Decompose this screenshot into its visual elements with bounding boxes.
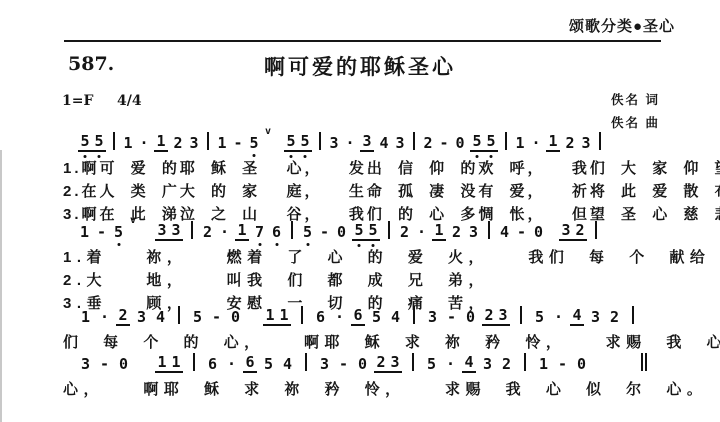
note: 0: [357, 356, 368, 373]
barline: [301, 306, 303, 324]
beam-group: 11: [263, 307, 291, 326]
spacer: [133, 372, 153, 373]
scan-edge-artifact: [0, 150, 2, 422]
beam-group: 23: [482, 307, 510, 326]
duration-dash: -: [446, 309, 457, 326]
beam-group: 55: [78, 133, 106, 152]
barline: [599, 132, 601, 150]
beam-group: 55: [284, 133, 312, 152]
note: 0: [455, 135, 466, 152]
lyrics-line-3-verse-1: 们 每 个 的 心， 啊耶 稣 求 祢 矜 怜， 求赐 我 心 似 尔: [63, 331, 720, 352]
barline: [413, 132, 415, 150]
duration-dash: -: [516, 224, 527, 241]
dot-duration: ·: [416, 224, 427, 241]
note: 1: [156, 133, 167, 150]
note: 5: [286, 133, 297, 150]
spacer: [274, 151, 282, 152]
note: 2: [202, 224, 213, 241]
note: 0: [533, 224, 544, 241]
barline: [488, 221, 490, 239]
duration-dash: -: [557, 356, 568, 373]
beam-group: 55: [470, 133, 498, 152]
note: 2: [376, 354, 387, 371]
header-rule: [64, 40, 661, 42]
dot-duration: ·: [345, 135, 356, 152]
note: 2: [565, 135, 576, 152]
barline: [520, 306, 522, 324]
note: 2: [501, 356, 512, 373]
note: 5: [249, 135, 260, 152]
note: 3: [590, 309, 601, 326]
note: 6: [245, 354, 256, 371]
dot-duration: ·: [226, 356, 237, 373]
lyrics-line-1-verse-2: 2.在人 类 广大 的 家 庭， 生命 孤 凄 没有 爱， 祈将 此 爱 散 布: [63, 180, 720, 201]
key-signature: 1=F: [62, 93, 93, 109]
final-barline: [641, 353, 647, 371]
spacer: [139, 240, 153, 241]
beam-group: 1: [432, 222, 446, 241]
beam-group: 4: [570, 307, 584, 326]
note: 5: [472, 133, 483, 150]
notes-line-4: 3-0116·6543-0235·4321-0: [76, 351, 647, 373]
barline: [113, 132, 115, 150]
barline: [412, 353, 414, 371]
composer-credit: 佚名 曲: [611, 113, 660, 131]
duration-dash: -: [96, 224, 107, 241]
note: 2: [609, 309, 620, 326]
note: 0: [118, 356, 129, 373]
duration-dash: -: [211, 309, 222, 326]
note: 1: [279, 307, 290, 324]
barline: [632, 306, 634, 324]
category-header: 颂歌分类●圣心: [569, 15, 675, 36]
note: 5: [371, 309, 382, 326]
duration-dash: -: [99, 356, 110, 373]
note: 4: [282, 356, 293, 373]
note: 5: [192, 309, 203, 326]
barline: [291, 221, 293, 239]
note: 3: [390, 354, 401, 371]
note: 6: [207, 356, 218, 373]
note: 3: [171, 222, 182, 239]
note: 5: [94, 133, 105, 150]
note: 0: [230, 309, 241, 326]
note: 3: [329, 135, 340, 152]
duration-dash: -: [233, 135, 244, 152]
barline: [191, 221, 193, 239]
beam-group: 1: [154, 133, 168, 152]
note: 2: [423, 135, 434, 152]
notes-line-2: 1-5v332·1765-0552·1234-032: [76, 219, 603, 241]
lyrics-line-4-verse-1: 心， 啊耶 稣 求 祢 矜 怜， 求赐 我 心 似 尔 心。: [63, 378, 707, 399]
beam-group: 55: [352, 222, 380, 241]
lyricist-credit: 佚名 词: [611, 90, 660, 108]
note: 0: [576, 356, 587, 373]
note: 2: [484, 307, 495, 324]
note: 3: [80, 356, 91, 373]
note: 5: [263, 356, 274, 373]
note: 5: [300, 133, 311, 150]
beam-group: 1: [235, 222, 249, 241]
note: 1: [171, 354, 182, 371]
note: 4: [379, 135, 390, 152]
note: 5: [113, 224, 124, 241]
note: 3: [498, 307, 509, 324]
note: 3: [319, 356, 330, 373]
note: 2: [118, 307, 129, 324]
note: 5: [534, 309, 545, 326]
lyrics-line-2-verse-2: 2.大 地， 叫我 们 都 成 兄 弟，: [63, 269, 489, 290]
note: 6: [315, 309, 326, 326]
note: 4: [155, 309, 166, 326]
note: 1: [434, 222, 445, 239]
note: 6: [271, 224, 282, 241]
duration-dash: -: [338, 356, 349, 373]
note: 1: [515, 135, 526, 152]
note: 4: [464, 354, 475, 371]
dot-duration: ·: [445, 356, 456, 373]
barline: [524, 353, 526, 371]
dot-duration: ·: [139, 135, 150, 152]
note: 3: [395, 135, 406, 152]
lyrics-line-1-verse-1: 1.啊可 爱 的耶 稣 圣 心， 发出 信 仰 的欢 呼， 我们 大 家 仰 望: [63, 157, 720, 178]
dot-duration: ·: [99, 309, 110, 326]
barline: [505, 132, 507, 150]
dot-duration: ·: [553, 309, 564, 326]
hymn-title: 啊可爱的耶稣圣心: [0, 51, 720, 81]
duration-dash: -: [319, 224, 330, 241]
notes-line-3: 1·2345-0116·6543-0235·432: [76, 304, 642, 326]
time-signature: 4/4: [117, 93, 142, 109]
note: 5: [302, 224, 313, 241]
beam-group: 6: [351, 307, 365, 326]
note: 6: [353, 307, 364, 324]
note: 3: [189, 135, 200, 152]
note: 5: [368, 222, 379, 239]
note: 4: [499, 224, 510, 241]
note: 3: [427, 309, 438, 326]
beam-group: 2: [116, 307, 130, 326]
note: 3: [157, 222, 168, 239]
barline: [178, 306, 180, 324]
beam-group: 3: [360, 133, 374, 152]
note: 1: [538, 356, 549, 373]
note: 2: [399, 224, 410, 241]
notes-line-1: 551·1231-5v553·3432-0551·123: [76, 130, 606, 152]
beam-group: 33: [155, 222, 183, 241]
barline: [207, 132, 209, 150]
note: 2: [451, 224, 462, 241]
note: 0: [465, 309, 476, 326]
note: 3: [482, 356, 493, 373]
note: 1: [237, 222, 248, 239]
spacer: [591, 372, 637, 373]
beam-group: 4: [462, 354, 476, 373]
note: 5: [486, 133, 497, 150]
note: 0: [336, 224, 347, 241]
dot-duration: ·: [531, 135, 542, 152]
note: 1: [80, 309, 91, 326]
note: 4: [572, 307, 583, 324]
beam-group: 6: [243, 354, 257, 373]
breath-mark-icon: v: [130, 215, 136, 226]
spacer: [245, 325, 261, 326]
note: 5: [354, 222, 365, 239]
note: 7: [254, 224, 265, 241]
beam-group: 23: [374, 354, 402, 373]
note: 1: [265, 307, 276, 324]
duration-dash: -: [439, 135, 450, 152]
note: 2: [173, 135, 184, 152]
beam-group: 11: [155, 354, 183, 373]
note: 5: [80, 133, 91, 150]
dot-duration: ·: [219, 224, 230, 241]
beam-group: 1: [546, 133, 560, 152]
hymn-page: 颂歌分类●圣心 587. 啊可爱的耶稣圣心 1=F 4/4 佚名 词 佚名 曲 …: [0, 0, 720, 422]
barline: [388, 221, 390, 239]
barline: [319, 132, 321, 150]
barline: [413, 306, 415, 324]
note: 1: [217, 135, 228, 152]
note: 4: [390, 309, 401, 326]
note: 2: [575, 222, 586, 239]
note: 1: [123, 135, 134, 152]
spacer: [547, 240, 557, 241]
breath-mark-icon: v: [265, 126, 271, 137]
note: 1: [548, 133, 559, 150]
barline: [305, 353, 307, 371]
note: 5: [426, 356, 437, 373]
note: 3: [362, 133, 373, 150]
note: 3: [468, 224, 479, 241]
barline: [595, 221, 597, 239]
dot-duration: ·: [334, 309, 345, 326]
note: 3: [561, 222, 572, 239]
lyrics-line-2-verse-1: 1.着 祢， 燃着 了 心 的 爱 火， 我们 每 个 献给 祢， 以我: [63, 246, 720, 267]
beam-group: 32: [559, 222, 587, 241]
note: 3: [581, 135, 592, 152]
note: 1: [157, 354, 168, 371]
barline: [193, 353, 195, 371]
note: 3: [136, 309, 147, 326]
note: 1: [79, 224, 90, 241]
